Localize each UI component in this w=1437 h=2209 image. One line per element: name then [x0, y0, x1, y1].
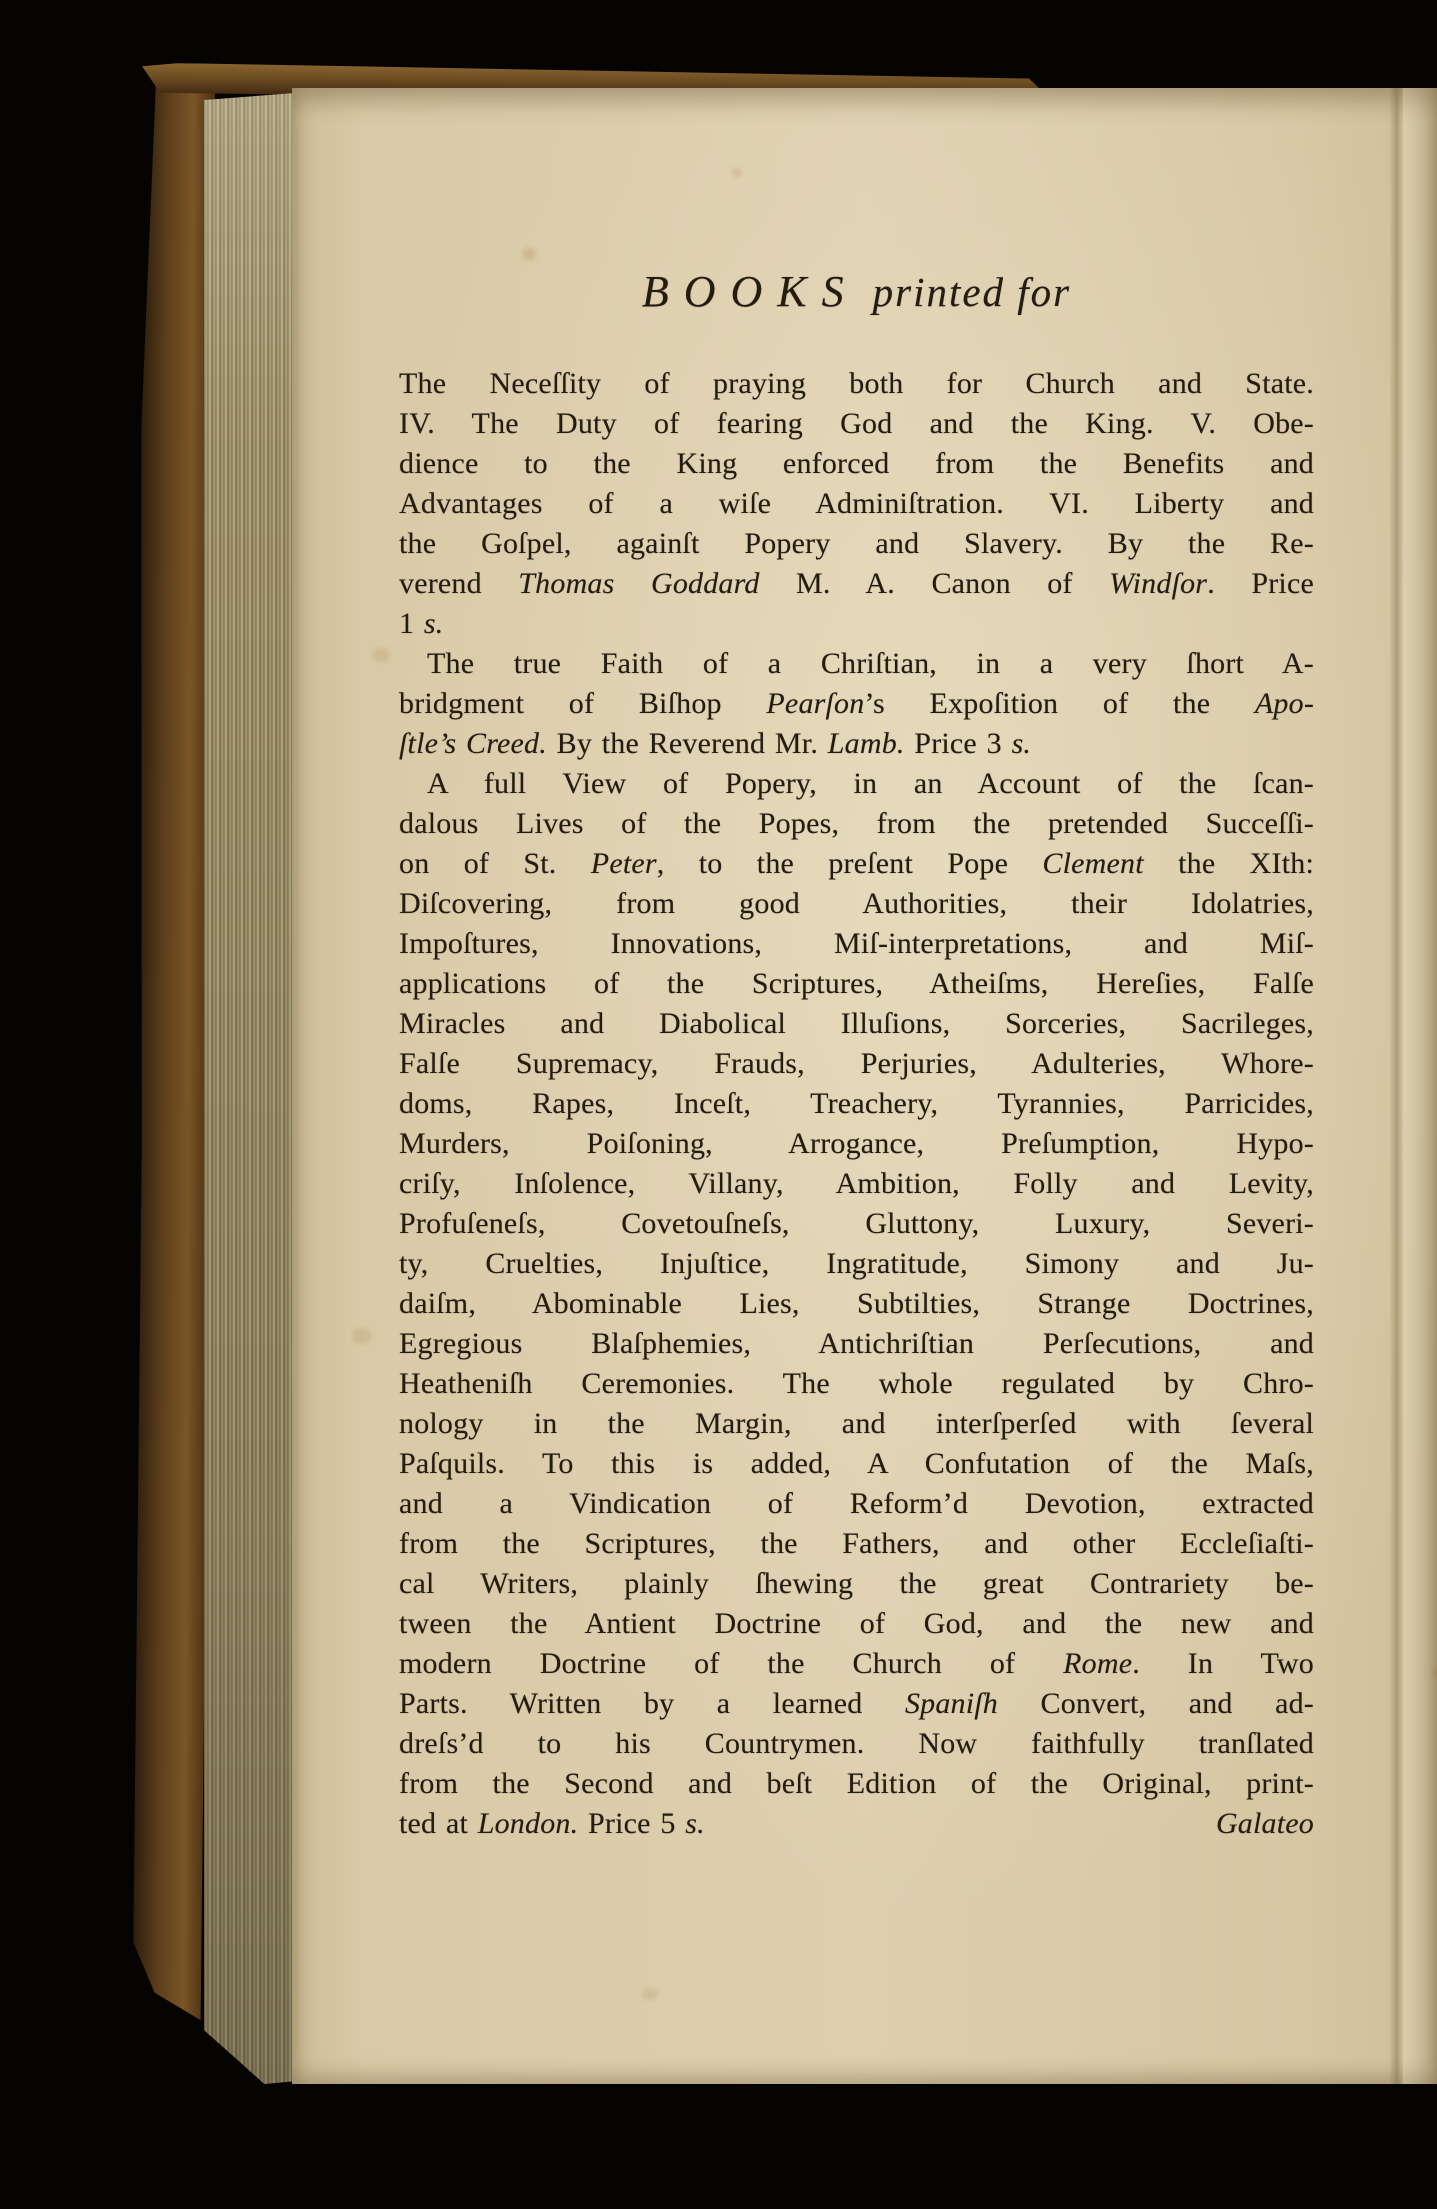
text-line: tween the Antient Doctrine of God, and t… [399, 1604, 1314, 1644]
text-segment: M. A. Canon of [760, 567, 1110, 600]
text-line: from the Scriptures, the Fathers, and ot… [399, 1524, 1314, 1564]
italic-text-segment: ſtle’s Creed. [399, 727, 547, 760]
text-segment: Parts. Written by a learned [399, 1687, 905, 1720]
text-line: The Neceſſity of praying both for Church… [399, 364, 1314, 404]
photo-background: BOOKSprinted for The Neceſſity of prayin… [0, 0, 1437, 2209]
text-line: doms, Rapes, Inceſt, Treachery, Tyrannie… [399, 1084, 1314, 1124]
text-line: Profuſeneſs, Covetouſneſs, Gluttony, Lux… [399, 1204, 1314, 1244]
italic-text-segment: s. [685, 1807, 705, 1840]
catchword: Galateo [1216, 1804, 1314, 1844]
text-segment: Profuſeneſs, Covetouſneſs, Gluttony, Lux… [399, 1207, 1314, 1240]
text-segment: , to the preſent Pope [657, 847, 1043, 880]
text-line: Impoſtures, Innovations, Miſ-interpretat… [399, 924, 1314, 964]
italic-text-segment: Windſor [1109, 567, 1207, 600]
text-segment: nology in the Margin, and interſperſed w… [399, 1407, 1314, 1440]
italic-text-segment: s. [1012, 727, 1032, 760]
italic-text-segment: Pearſon [766, 687, 864, 720]
text-segment: from the Second and beſt Edition of the … [399, 1767, 1314, 1800]
text-line: Murders, Poiſoning, Arrogance, Preſumpti… [399, 1124, 1314, 1164]
text-line: Parts. Written by a learned Spaniſh Conv… [399, 1684, 1314, 1724]
page-right-margin [1403, 88, 1437, 2084]
text-segment: the Goſpel, againſt Popery and Slavery. … [399, 527, 1314, 560]
text-line: ſtle’s Creed. By the Reverend Mr. Lamb. … [399, 724, 1314, 764]
body-text: The Neceſſity of praying both for Church… [399, 364, 1314, 1844]
text-segment: The true Faith of a Chriſtian, in a very… [427, 647, 1314, 680]
text-line: Heatheniſh Ceremonies. The whole regulat… [399, 1364, 1314, 1404]
text-segment: Falſe Supremacy, Frauds, Perjuries, Adul… [399, 1047, 1314, 1080]
text-segment: . In Two [1132, 1647, 1314, 1680]
text-line: Falſe Supremacy, Frauds, Perjuries, Adul… [399, 1044, 1314, 1084]
text-segment: A full View of Popery, in an Account of … [427, 767, 1314, 800]
text-segment: 1 [399, 607, 424, 640]
paragraph: A full View of Popery, in an Account of … [399, 764, 1314, 1844]
text-segment: from the Scriptures, the Fathers, and ot… [399, 1527, 1314, 1560]
text-segment: cal Writers, plainly ſhewing the great C… [399, 1567, 1314, 1600]
text-line: Miracles and Diabolical Illuſions, Sorce… [399, 1004, 1314, 1044]
text-segment: Murders, Poiſoning, Arrogance, Preſumpti… [399, 1127, 1314, 1160]
italic-text-segment: s. [424, 607, 444, 640]
text-segment: Heatheniſh Ceremonies. The whole regulat… [399, 1367, 1314, 1400]
text-segment: Egregious Blaſphemies, Antichriſtian Per… [399, 1327, 1314, 1360]
text-segment: tween the Antient Doctrine of God, and t… [399, 1607, 1314, 1640]
book-cover-edge-left [133, 80, 215, 2020]
text-segment: dreſs’d to his Countrymen. Now faithfull… [399, 1727, 1314, 1760]
text-line: verend Thomas Goddard M. A. Canon of Win… [399, 564, 1314, 604]
italic-text-segment: Lamb. [828, 727, 905, 760]
text-segment: and a Vindication of Reform’d Devotion, … [399, 1487, 1314, 1520]
text-segment: By the Reverend Mr. [547, 727, 828, 760]
text-segment: criſy, Inſolence, Villany, Ambition, Fol… [399, 1167, 1314, 1200]
foxing-spot [352, 1328, 372, 1344]
page-title: BOOKSprinted for [399, 266, 1314, 317]
text-line: cal Writers, plainly ſhewing the great C… [399, 1564, 1314, 1604]
text-line: modern Doctrine of the Church of Rome. I… [399, 1644, 1314, 1684]
italic-text-segment: Thomas Goddard [518, 567, 759, 600]
text-line: Diſcovering, from good Authorities, thei… [399, 884, 1314, 924]
text-line: ted at London. Price 5 s.Galateo [399, 1804, 1314, 1844]
text-line: nology in the Margin, and interſperſed w… [399, 1404, 1314, 1444]
page-fold-crease [1389, 88, 1403, 2084]
text-segment: doms, Rapes, Inceſt, Treachery, Tyrannie… [399, 1087, 1314, 1120]
text-line: A full View of Popery, in an Account of … [399, 764, 1314, 804]
page-title-italic: printed for [873, 269, 1072, 315]
text-line: IV. The Duty of fearing God and the King… [399, 404, 1314, 444]
text-segment: Convert, and ad- [998, 1687, 1314, 1720]
text-line: dreſs’d to his Countrymen. Now faithfull… [399, 1724, 1314, 1764]
foxing-spot [522, 248, 536, 260]
text-line: Paſquils. To this is added, A Confutatio… [399, 1444, 1314, 1484]
text-segment: applications of the Scriptures, Atheiſms… [399, 967, 1314, 1000]
paragraph: The true Faith of a Chriſtian, in a very… [399, 644, 1314, 764]
text-line: The true Faith of a Chriſtian, in a very… [399, 644, 1314, 684]
italic-text-segment: Rome [1063, 1647, 1132, 1680]
text-segment: Miracles and Diabolical Illuſions, Sorce… [399, 1007, 1314, 1040]
text-line: bridgment of Biſhop Pearſon’s Expoſition… [399, 684, 1314, 724]
text-segment: verend [399, 567, 518, 600]
text-line: daiſm, Abominable Lies, Subtilties, Stra… [399, 1284, 1314, 1324]
foxing-spot [1432, 1668, 1437, 1677]
italic-text-segment: Apo- [1255, 687, 1314, 720]
text-line: dience to the King enforced from the Ben… [399, 444, 1314, 484]
foxing-spot [732, 168, 742, 177]
text-line: 1 s. [399, 604, 1314, 644]
text-segment: ty, Cruelties, Injuſtice, Ingratitude, S… [399, 1247, 1314, 1280]
italic-text-segment: Spaniſh [905, 1687, 998, 1720]
text-segment: dience to the King enforced from the Ben… [399, 447, 1314, 480]
text-line: applications of the Scriptures, Atheiſms… [399, 964, 1314, 1004]
text-segment: on of St. [399, 847, 591, 880]
paragraph: The Neceſſity of praying both for Church… [399, 364, 1314, 644]
foxing-spot [372, 648, 390, 662]
text-line: criſy, Inſolence, Villany, Ambition, Fol… [399, 1164, 1314, 1204]
page-title-caps: BOOKS [642, 267, 859, 316]
text-segment: bridgment of Biſhop [399, 687, 766, 720]
text-line: on of St. Peter, to the preſent Pope Cle… [399, 844, 1314, 884]
text-segment: daiſm, Abominable Lies, Subtilties, Stra… [399, 1287, 1314, 1320]
text-segment: Diſcovering, from good Authorities, thei… [399, 887, 1314, 920]
text-segment: Price 3 [905, 727, 1012, 760]
text-segment: ted at [399, 1807, 478, 1840]
text-segment: . Price [1207, 567, 1314, 600]
text-line: from the Second and beſt Edition of the … [399, 1764, 1314, 1804]
text-line: the Goſpel, againſt Popery and Slavery. … [399, 524, 1314, 564]
italic-text-segment: Peter [591, 847, 657, 880]
italic-text-segment: London. [478, 1807, 579, 1840]
text-segment: ’s Expoſition of the [864, 687, 1254, 720]
text-segment: IV. The Duty of fearing God and the King… [399, 407, 1314, 440]
text-segment: Advantages of a wiſe Adminiſtration. VI.… [399, 487, 1314, 520]
book-page: BOOKSprinted for The Neceſſity of prayin… [292, 88, 1437, 2084]
foxing-spot [642, 1988, 658, 2000]
text-segment: the XIth: [1144, 847, 1314, 880]
text-line: and a Vindication of Reform’d Devotion, … [399, 1484, 1314, 1524]
text-segment: dalous Lives of the Popes, from the pret… [399, 807, 1314, 840]
text-line: ty, Cruelties, Injuſtice, Ingratitude, S… [399, 1244, 1314, 1284]
text-segment: Price 5 [578, 1807, 685, 1840]
text-segment: Impoſtures, Innovations, Miſ-interpretat… [399, 927, 1314, 960]
text-line: dalous Lives of the Popes, from the pret… [399, 804, 1314, 844]
italic-text-segment: Clement [1042, 847, 1143, 880]
text-line: Advantages of a wiſe Adminiſtration. VI.… [399, 484, 1314, 524]
text-segment: The Neceſſity of praying both for Church… [399, 367, 1314, 400]
text-segment: modern Doctrine of the Church of [399, 1647, 1063, 1680]
text-segment: Paſquils. To this is added, A Confutatio… [399, 1447, 1314, 1480]
text-line: Egregious Blaſphemies, Antichriſtian Per… [399, 1324, 1314, 1364]
